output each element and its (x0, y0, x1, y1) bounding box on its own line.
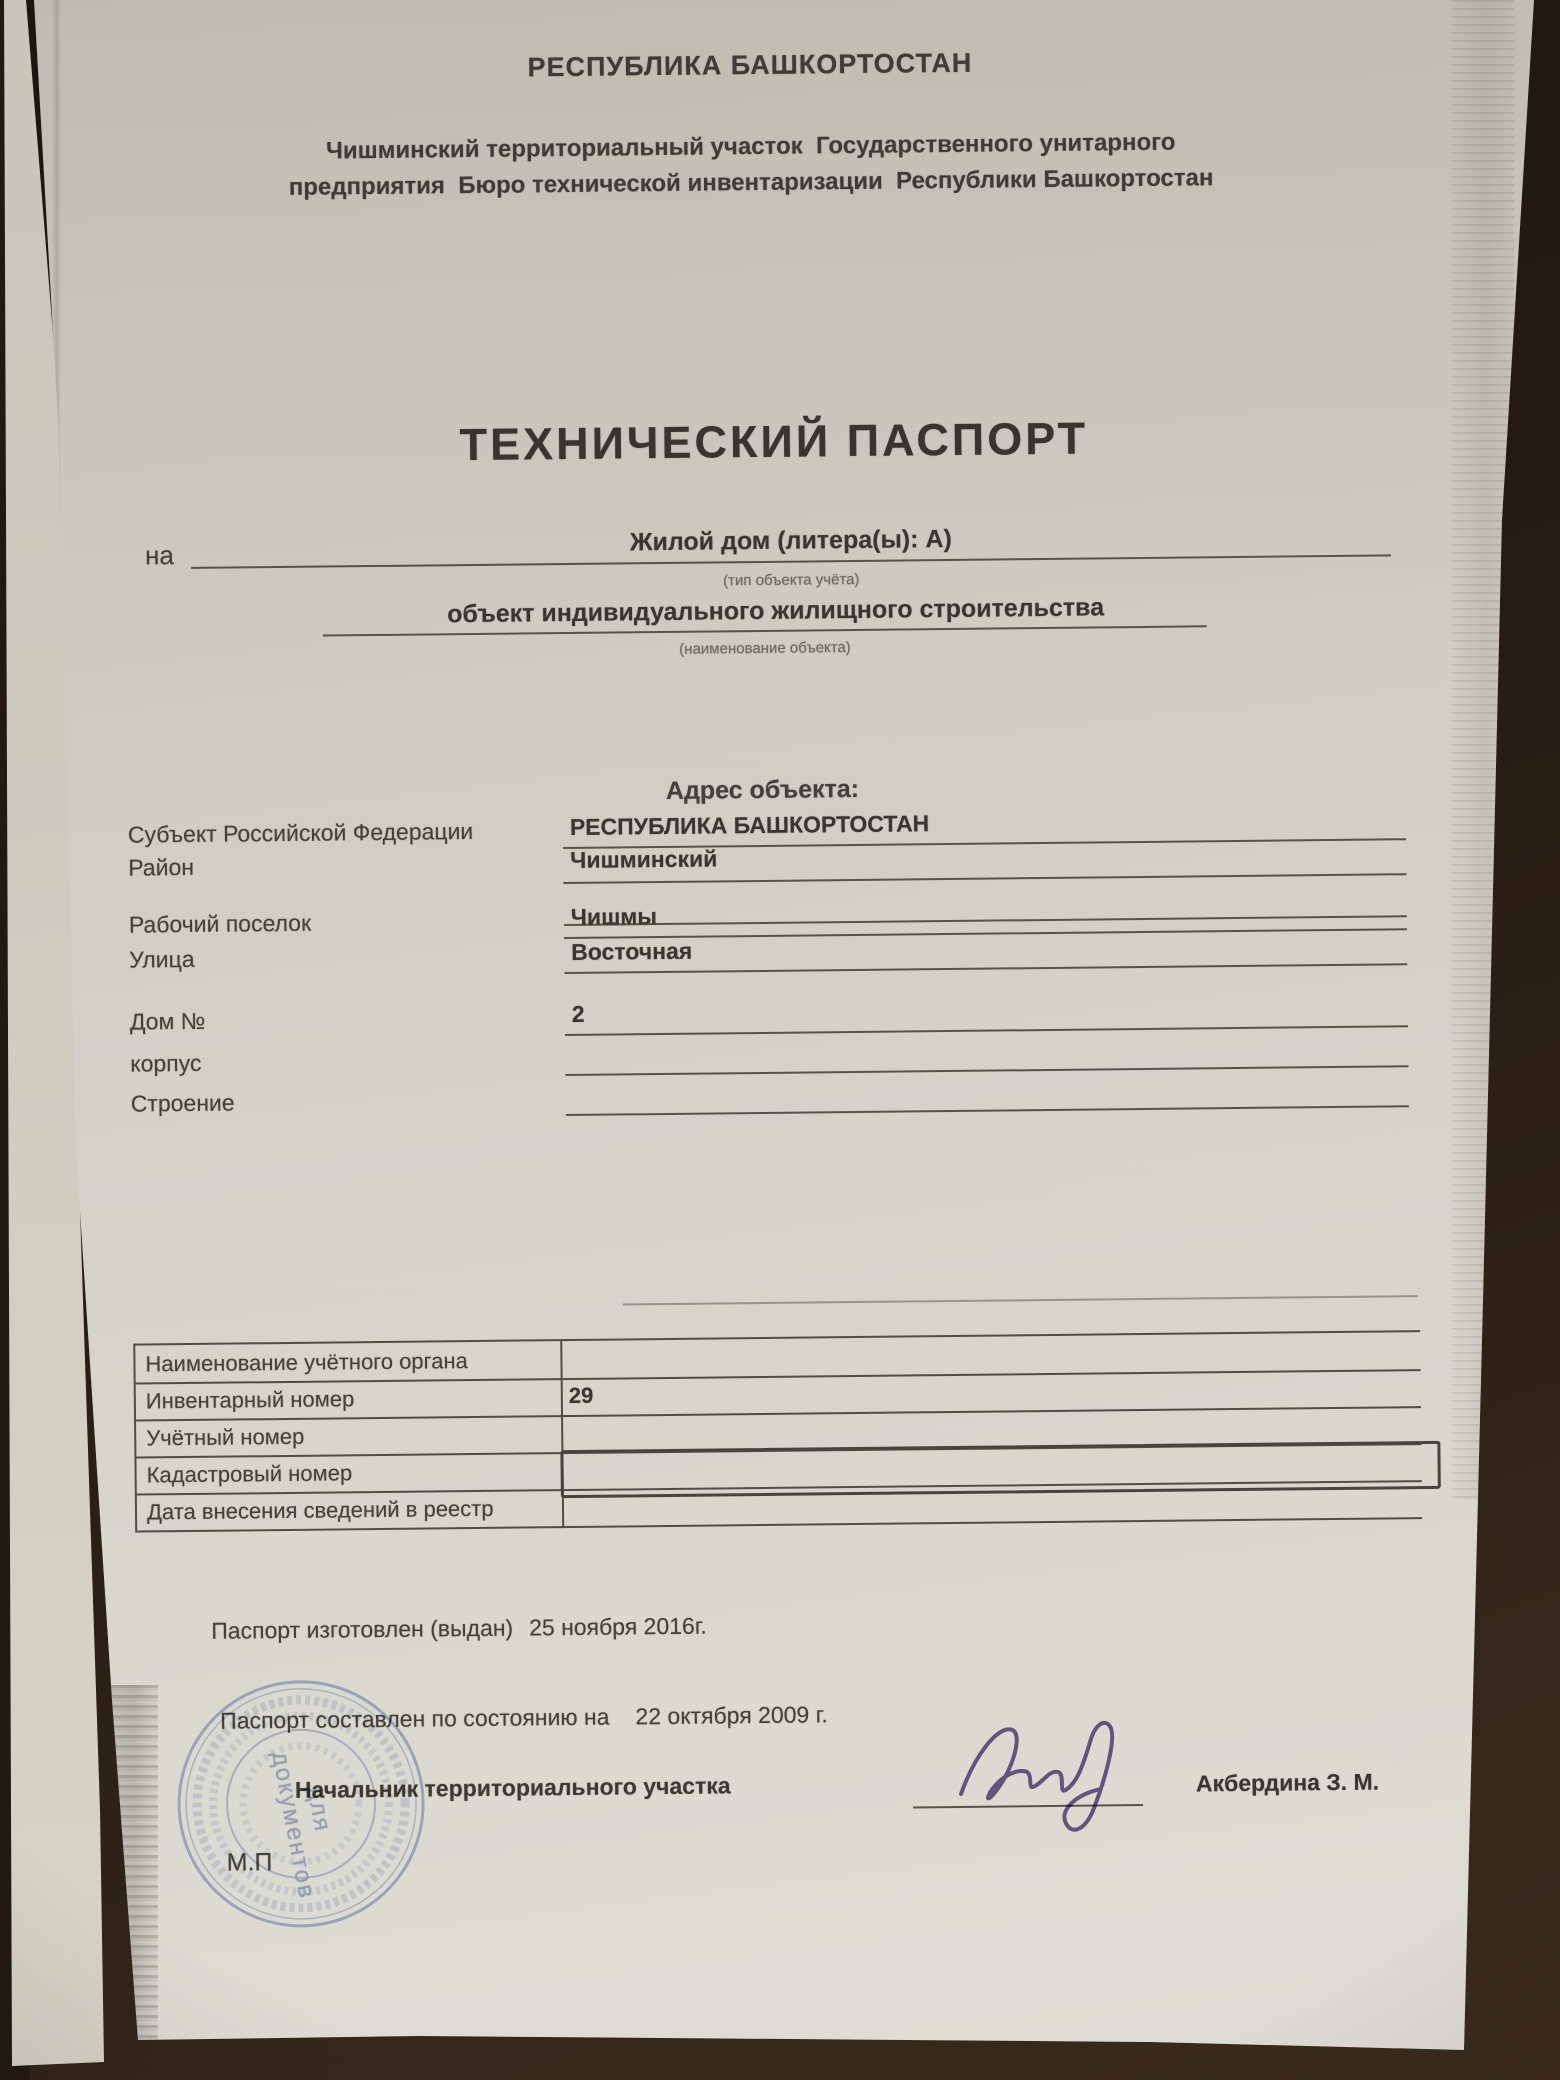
issued-label: Паспорт изготовлен (выдан) (211, 1615, 513, 1644)
round-seal-stamp: для документов (173, 1676, 430, 1933)
address-label-stroenie: Строение (131, 1090, 235, 1118)
registry-table: Наименование учётного органа Инвентарный… (133, 1330, 1422, 1532)
registry-label: Наименование учётного органа (145, 1348, 468, 1377)
address-underline-korpus (565, 1065, 1408, 1076)
address-underline-blank (564, 915, 1407, 926)
address-label-subject: Субъект Российской Федерации (128, 818, 474, 849)
object-name-caption: (наименование объекта) (323, 635, 1207, 661)
object-type-caption: (тип объекта учёта) (191, 565, 1391, 595)
registry-label: Инвентарный номер (146, 1386, 355, 1414)
address-value-settlement: Чишмы (571, 903, 657, 931)
address-label-house: Дом № (130, 1008, 206, 1036)
address-underline-house (565, 1025, 1408, 1036)
handwritten-signature (952, 1712, 1163, 1844)
address-value-street: Восточная (571, 938, 692, 966)
object-prefix: на (145, 540, 174, 571)
address-underline-district (563, 873, 1406, 884)
blank-rule-line (623, 1295, 1418, 1305)
address-label-district: Район (128, 854, 194, 882)
address-value-house: 2 (572, 1001, 585, 1028)
registry-label: Кадастровый номер (146, 1460, 352, 1488)
issued-line: Паспорт изготовлен (выдан)25 ноября 2016… (211, 1613, 707, 1645)
address-underline-street (564, 963, 1407, 974)
address-underline-stroenie (566, 1105, 1409, 1116)
printed-content: РЕСПУБЛИКА БАШКОРТОСТАН Чишминский терри… (0, 0, 1560, 2080)
document-photo: РЕСПУБЛИКА БАШКОРТОСТАН Чишминский терри… (0, 0, 1560, 2080)
org-name-line2: предприятия Бюро технической инвентариза… (101, 162, 1401, 204)
address-value-district: Чишминский (570, 845, 717, 874)
compiled-date: 22 октября 2009 г. (635, 1701, 827, 1729)
address-label-street: Улица (129, 946, 195, 974)
issued-date: 25 ноября 2016г. (529, 1613, 707, 1641)
document-title: ТЕХНИЧЕСКИЙ ПАСПОРТ (134, 409, 1414, 474)
object-name-value: объект индивидуального жилищного строите… (325, 592, 1225, 630)
registry-label: Учётный номер (146, 1424, 304, 1452)
org-name-line1: Чишминский территориальный участок Госуд… (101, 126, 1401, 168)
registry-value: 29 (569, 1383, 594, 1409)
cadastral-number-box (560, 1441, 1440, 1498)
address-value-subject: РЕСПУБЛИКА БАШКОРТОСТАН (570, 810, 930, 841)
signatory-name: Акбердина З. М. (1196, 1769, 1379, 1798)
address-label-korpus: корпус (130, 1050, 201, 1078)
address-label-settlement: Рабочий поселок (129, 910, 311, 939)
registry-label: Дата внесения сведений в реестр (147, 1496, 494, 1526)
address-heading: Адрес объекта: (137, 769, 1387, 811)
region-header: РЕСПУБЛИКА БАШКОРТОСТАН (110, 43, 1390, 87)
